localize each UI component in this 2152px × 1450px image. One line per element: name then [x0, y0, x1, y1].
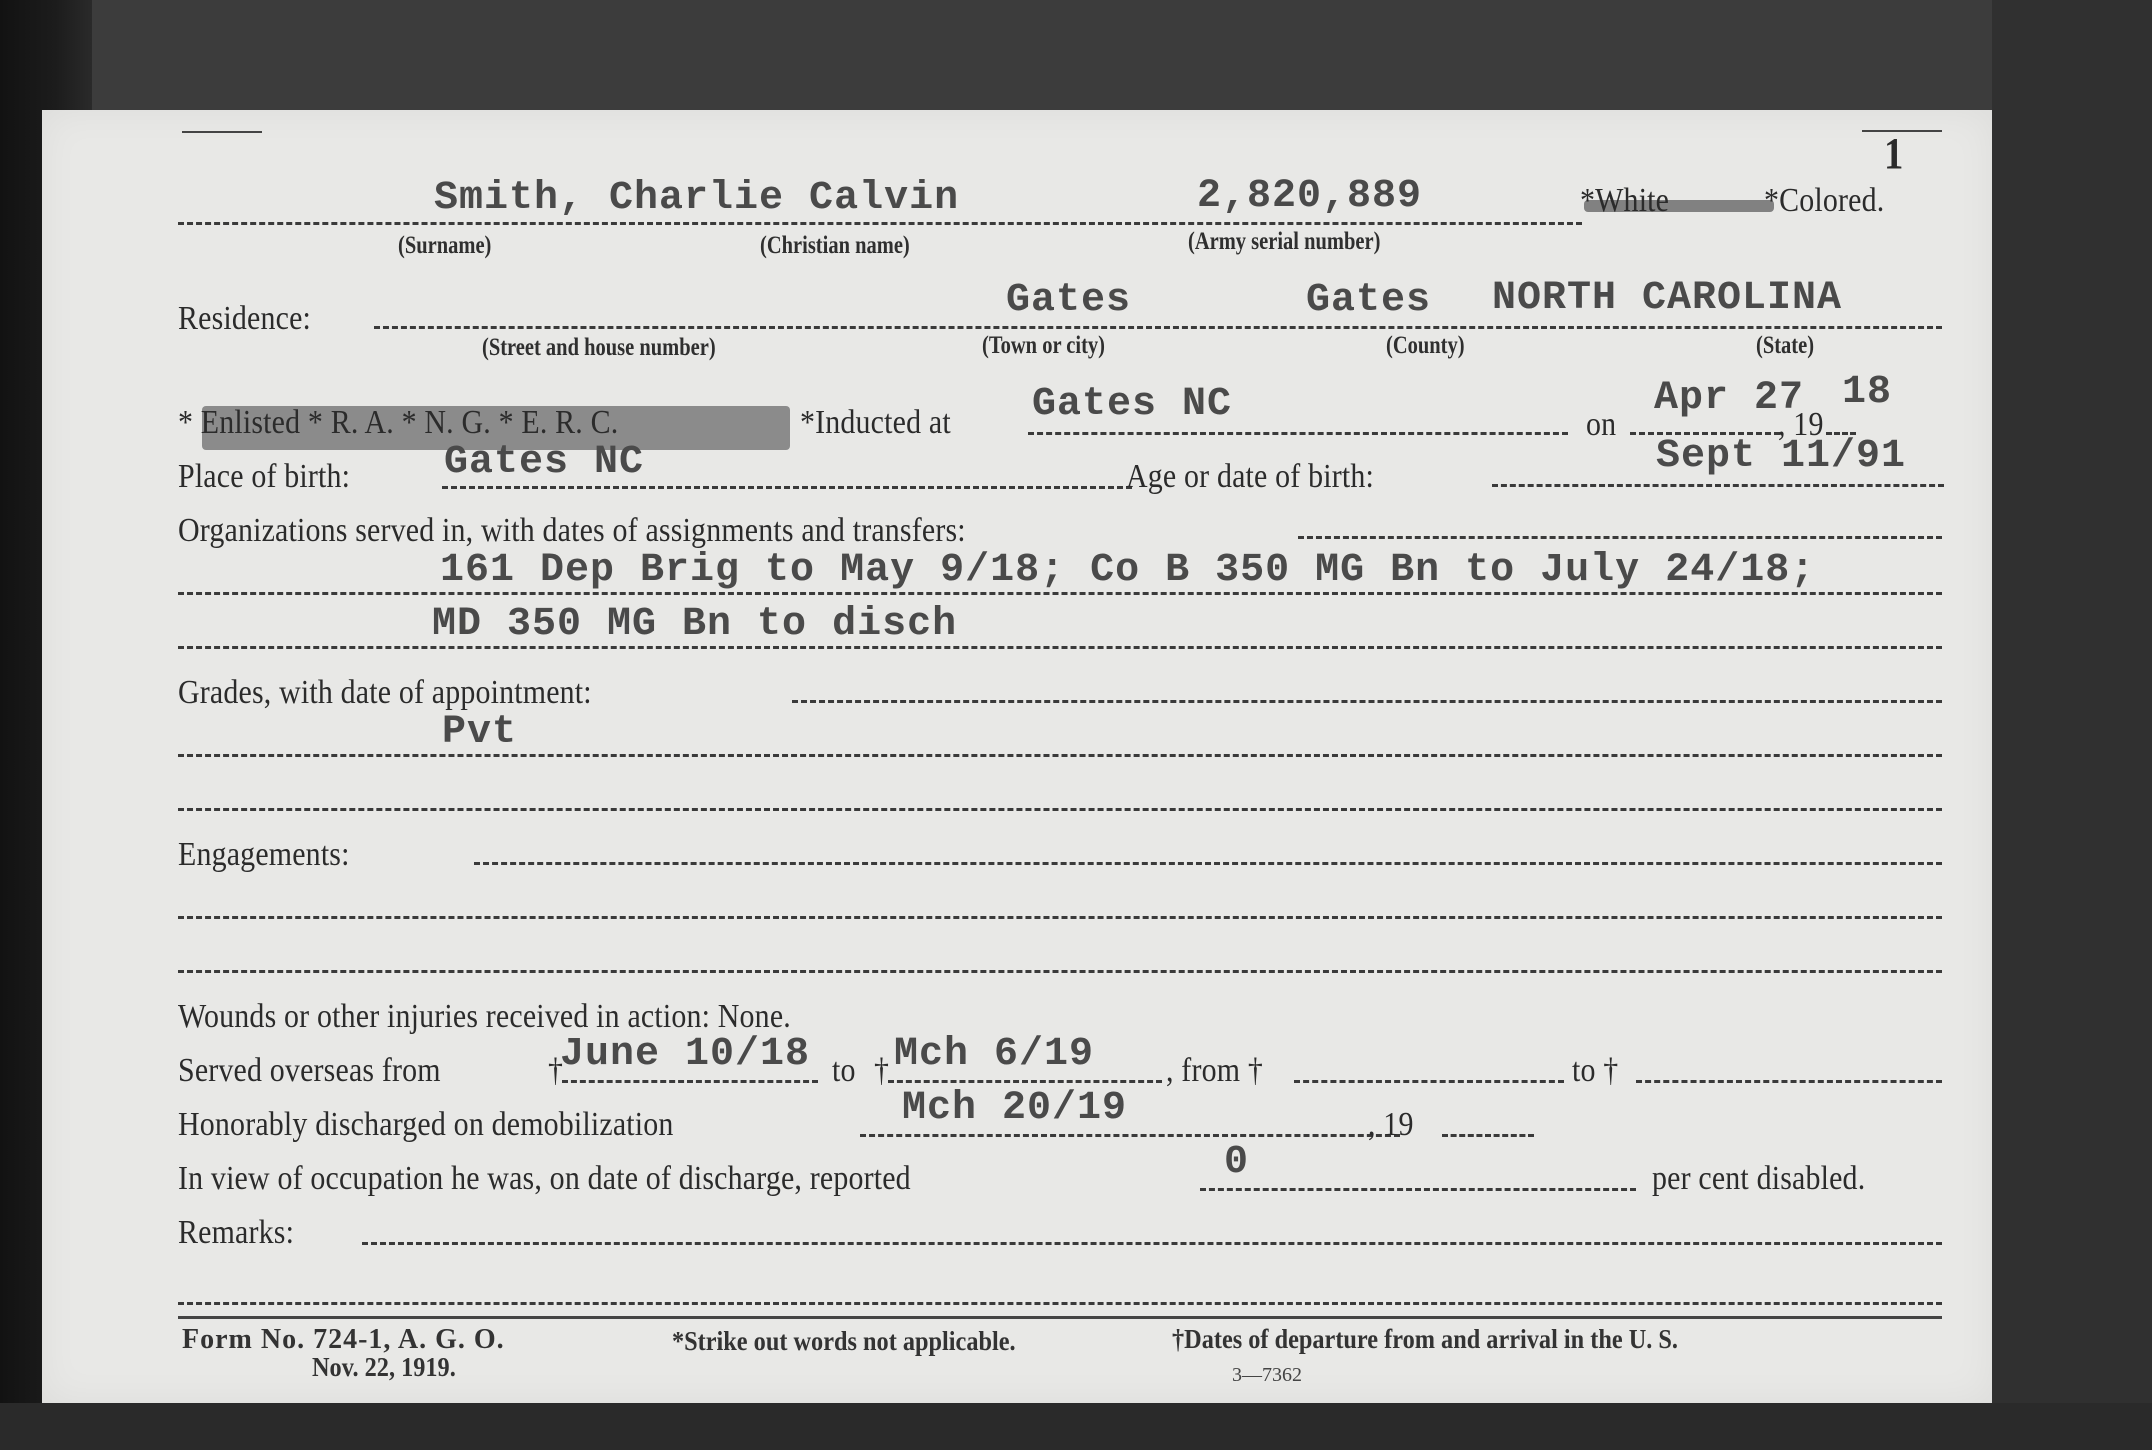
name-line: [178, 222, 1582, 225]
full-name: Smith, Charlie Calvin: [434, 176, 959, 221]
grade: Pvt: [442, 710, 517, 755]
residence-line: [374, 326, 1942, 329]
engagements-label: Engagements:: [178, 836, 350, 874]
disability-percent: 0: [1224, 1140, 1249, 1185]
scanner-background-right: [1992, 0, 2152, 1450]
overseas-label: Served overseas from: [178, 1052, 441, 1090]
enlistment-options: * Enlisted * R. A. * N. G. * E. R. C.: [178, 404, 618, 442]
disability-suffix: per cent disabled.: [1652, 1160, 1865, 1198]
grades-line-2: [178, 808, 1942, 811]
organizations-label-line: [1298, 536, 1942, 539]
race-white-option: *White: [1580, 182, 1669, 220]
form-date: Nov. 22, 1919.: [312, 1352, 456, 1383]
discharge-label: Honorably discharged on demobilization: [178, 1106, 674, 1144]
overseas-from-line: [562, 1080, 818, 1083]
residence-label: Residence:: [178, 300, 311, 338]
dob-label: Age or date of birth:: [1126, 458, 1374, 496]
discharge-line: [860, 1134, 1400, 1137]
county-caption: (County): [1386, 332, 1465, 360]
overseas-to-label: to: [832, 1052, 856, 1090]
scanner-background-bottom: [0, 1403, 2152, 1450]
date-of-birth: Sept 11/91: [1656, 434, 1906, 479]
inducted-at-line: [1028, 432, 1568, 435]
organizations-entry-2: MD 350 MG Bn to disch: [432, 602, 957, 647]
discharge-year-label: , 19: [1368, 1106, 1414, 1144]
second-from-line: [1294, 1080, 1564, 1083]
discharge-date: Mch 20/19: [902, 1086, 1127, 1131]
top-left-rule: [182, 131, 262, 133]
engagements-line-1: [178, 916, 1942, 919]
disability-label: In view of occupation he was, on date of…: [178, 1160, 911, 1198]
discharge-year-line: [1442, 1134, 1534, 1137]
second-to-label: to †: [1572, 1052, 1618, 1090]
organizations-entry-1: 161 Dep Brig to May 9/18; Co B 350 MG Bn…: [440, 548, 1815, 593]
engagements-line-2: [178, 970, 1942, 973]
second-from-label: , from †: [1166, 1052, 1263, 1090]
serial-caption: (Army serial number): [1188, 228, 1380, 256]
remarks-label: Remarks:: [178, 1214, 294, 1252]
inducted-label: *Inducted at: [800, 404, 951, 442]
remarks-line-1: [362, 1242, 1942, 1245]
army-serial-number: 2,820,889: [1197, 174, 1422, 219]
organizations-label: Organizations served in, with dates of a…: [178, 512, 966, 550]
overseas-to-line: [888, 1080, 1162, 1083]
place-of-birth-label: Place of birth:: [178, 458, 350, 496]
disability-line: [1200, 1188, 1636, 1191]
overseas-to-date: Mch 6/19: [894, 1032, 1094, 1077]
residence-county: Gates: [1306, 278, 1431, 323]
remarks-line-2: [178, 1302, 1942, 1305]
race-colored-option: *Colored.: [1764, 182, 1884, 220]
footer-rule: [178, 1316, 1942, 1319]
surname-caption: (Surname): [398, 232, 491, 260]
state-caption: (State): [1756, 332, 1814, 360]
overseas-from-date: June 10/18: [560, 1032, 810, 1077]
service-record-card: 1 Smith, Charlie Calvin 2,820,889 *White…: [42, 110, 1992, 1403]
grades-label: Grades, with date of appointment:: [178, 674, 592, 712]
residence-state: NORTH CAROLINA: [1492, 276, 1842, 321]
residence-town: Gates: [1006, 278, 1131, 323]
inducted-at: Gates NC: [1032, 382, 1232, 427]
place-of-birth: Gates NC: [444, 440, 644, 485]
dagger-note: †Dates of departure from and arrival in …: [1172, 1324, 1678, 1355]
induction-year: 18: [1842, 370, 1892, 415]
overseas-to-dagger: †: [874, 1052, 889, 1090]
christian-name-caption: (Christian name): [760, 232, 910, 260]
grades-label-line: [792, 700, 1942, 703]
on-label: on: [1586, 406, 1616, 444]
wounds-label: Wounds or other injuries received in act…: [178, 998, 791, 1036]
street-caption: (Street and house number): [482, 334, 716, 362]
page-number: 1: [1884, 128, 1904, 179]
print-code: 3—7362: [1232, 1364, 1302, 1387]
town-caption: (Town or city): [982, 332, 1105, 360]
dob-line: [1492, 484, 1944, 487]
second-to-line: [1636, 1080, 1942, 1083]
strike-out-note: *Strike out words not applicable.: [672, 1326, 1016, 1357]
place-of-birth-line: [442, 486, 1132, 489]
engagements-label-line: [474, 862, 1942, 865]
